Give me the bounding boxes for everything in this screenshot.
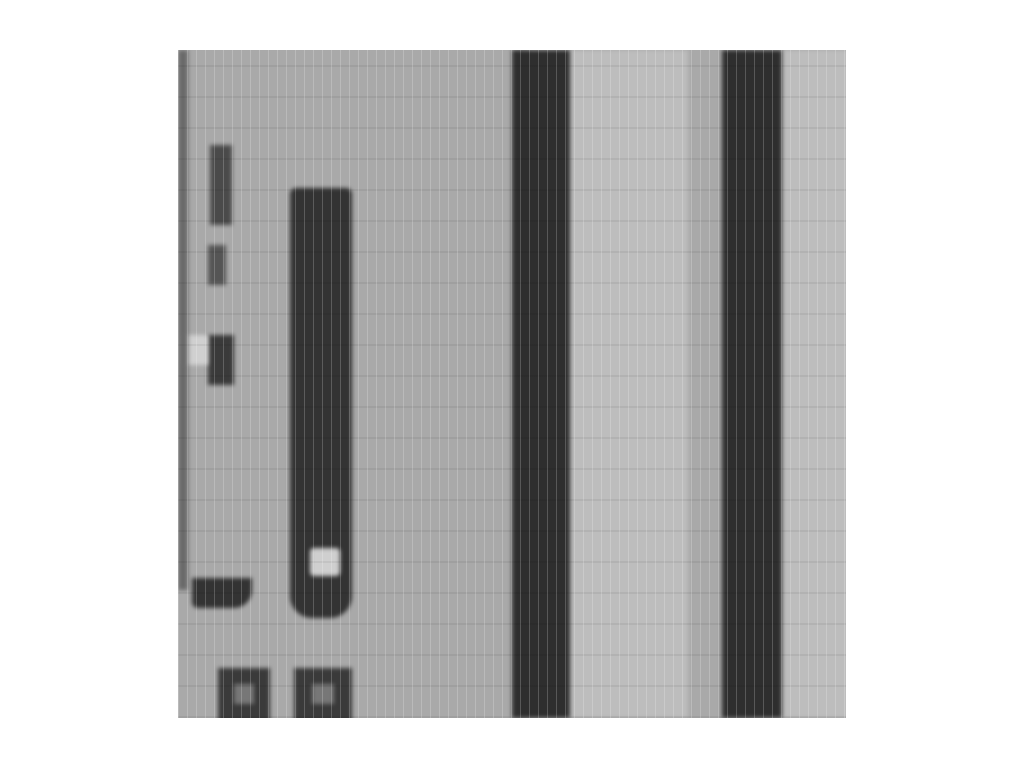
bottom-pad-center bbox=[234, 684, 254, 704]
trace-highlight bbox=[310, 548, 340, 576]
bottom-pad-center bbox=[312, 684, 334, 704]
hook-trace bbox=[192, 578, 252, 608]
l-shaped-trace bbox=[178, 50, 188, 590]
vertical-trace bbox=[512, 50, 570, 718]
vertical-trace bbox=[722, 50, 782, 718]
small-pad bbox=[208, 245, 226, 285]
small-pad bbox=[210, 145, 232, 225]
micrograph-image bbox=[178, 50, 846, 718]
small-pad bbox=[208, 335, 234, 385]
